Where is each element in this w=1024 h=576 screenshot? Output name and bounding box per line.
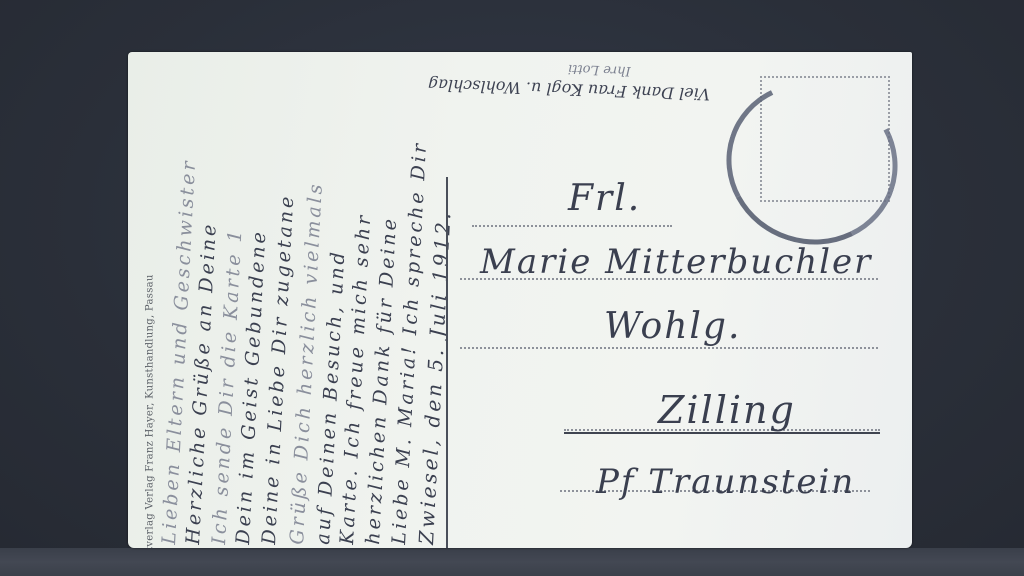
background-bottom-band [0,548,1024,576]
address-line-4-underline [564,432,880,434]
upside-down-note: Viel Dank Frau Kogl u. Wohlschlag [428,75,711,104]
publisher-imprint: Kunstverlag Verlag Franz Hayer, Kunsthan… [145,198,156,549]
address-region: Pf Traunstein [596,462,855,502]
address-town: Zilling [658,388,796,432]
address-line-1 [472,225,672,227]
upside-down-note-small: Ihre Lotti [568,61,631,78]
address-line-3 [460,347,878,349]
address-title: Wohlg. [604,306,741,347]
postcard: Kunstverlag Verlag Franz Hayer, Kunsthan… [128,52,912,548]
card-divider-line [446,177,448,548]
address-salutation: Frl. [568,178,641,219]
address-name: Marie Mitterbuchler [480,242,872,282]
